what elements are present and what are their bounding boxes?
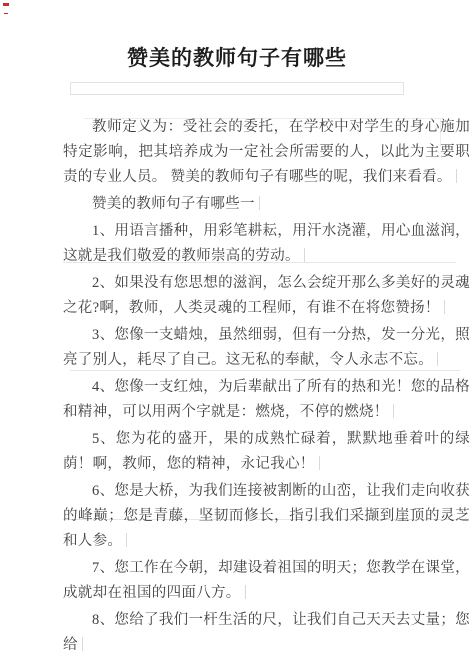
document-body: 教师定义为：受社会的委托，在学校中对学生的身心施加特定影响，把其培养成为一定社会… <box>63 115 470 660</box>
paragraph-item-2: 2、如果没有您思想的滋润，怎么会绽开那么多美好的灵魂之花?啊，教师，人类灵魂的工… <box>63 271 470 321</box>
page-title: 赞美的教师句子有哪些 <box>0 42 474 72</box>
document-page: 赞美的教师句子有哪些 教师定义为：受社会的委托，在学校中对学生的身心施加特定影响… <box>0 0 474 670</box>
paragraph-item-5: 5、您为花的盛开，果的成熟忙碌着，默默地垂着叶的绿荫！啊，教师，您的精神，永记我… <box>63 427 470 477</box>
paragraph-item-4: 4、您像一支红烛，为后辈献出了所有的热和光！您的品格和精神，可以用两个字就是：燃… <box>63 375 470 425</box>
paragraph-item-1: 1、用语言播种，用彩笔耕耘，用汗水浇灌，用心血滋润，这就是我们敬爱的教师崇高的劳… <box>63 219 470 269</box>
paragraph-item-3: 3、您像一支蜡烛，虽然细弱，但有一分热，发一分光，照亮了别人，耗尽了自己。这无私… <box>63 323 470 373</box>
paragraph-intro: 教师定义为：受社会的委托，在学校中对学生的身心施加特定影响，把其培养成为一定社会… <box>63 115 470 190</box>
paragraph-item-7: 7、您工作在今朝，却建设着祖国的明天；您教学在课堂，成就却在祖国的四面八方。 <box>63 556 470 606</box>
paragraph-item-8: 8、您给了我们一杆生活的尺，让我们自己天天去丈量；您给 <box>63 608 470 658</box>
empty-text-box <box>70 82 404 95</box>
corner-red-mark <box>3 3 9 6</box>
paragraph-item-6: 6、您是大桥，为我们连接被割断的山峦，让我们走向收获的峰巅；您是青藤，坚韧而修长… <box>63 479 470 554</box>
paragraph-heading: 赞美的教师句子有哪些一 <box>63 192 470 217</box>
